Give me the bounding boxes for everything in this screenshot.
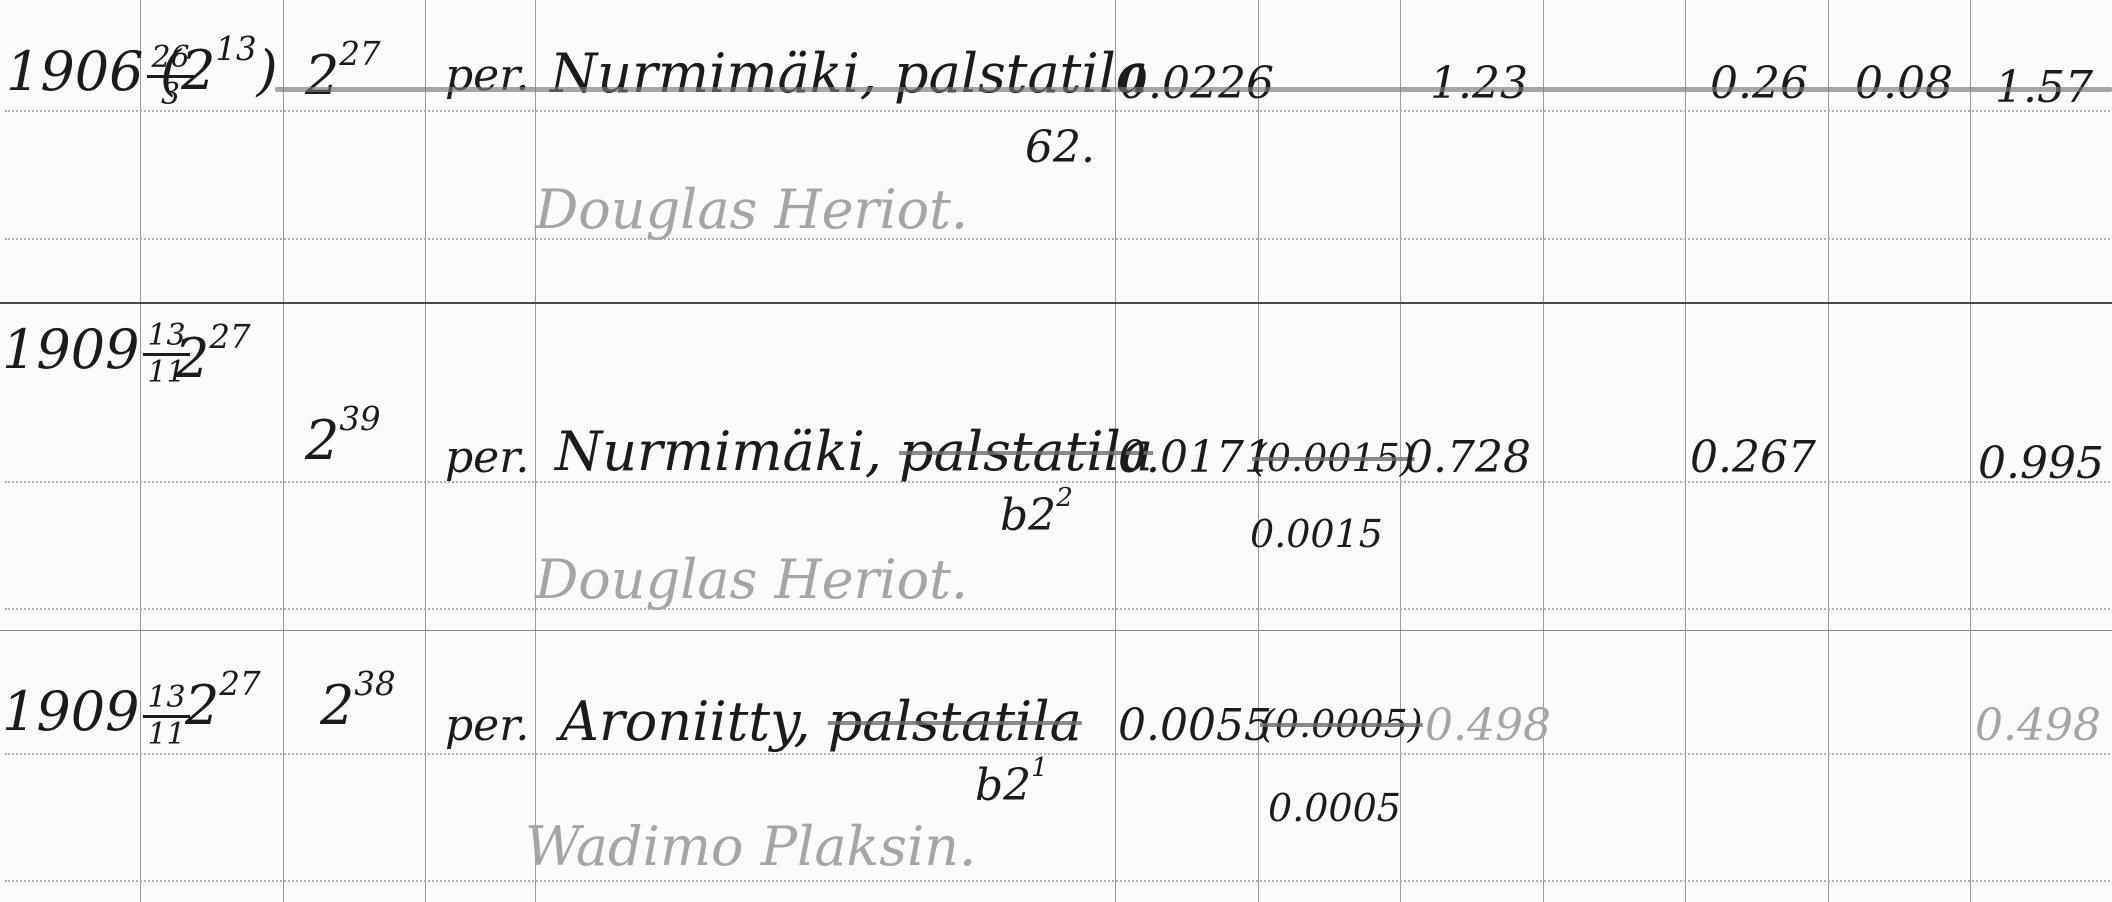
row-separator xyxy=(0,630,2112,631)
entry-col2: 227 xyxy=(185,665,261,737)
row-separator xyxy=(0,302,2112,304)
entry-value-2: 0.0015 xyxy=(1250,512,1383,556)
lot-base: b2 xyxy=(1000,490,1056,541)
entry-owner-name: Douglas Heriot. xyxy=(535,178,968,241)
col3-sup: 27 xyxy=(339,35,380,73)
entry-value-5: 0.26 xyxy=(1710,58,1808,109)
entry-value-3: 1.23 xyxy=(1430,58,1528,109)
column-rule xyxy=(1543,0,1544,902)
entry-col3: 238 xyxy=(320,665,396,737)
column-rule xyxy=(283,0,284,902)
dotted-line xyxy=(5,753,2110,755)
place-name: Aroniitty, xyxy=(560,690,828,753)
entry-value-2: 0.0005 xyxy=(1268,786,1401,830)
col2-base: (2 xyxy=(160,39,215,102)
entry-col3: 239 xyxy=(305,400,381,472)
entry-value-5: 0.267 xyxy=(1690,432,1816,483)
entry-abbrev: per. xyxy=(445,50,529,101)
place-type-struck: palstatila xyxy=(899,420,1153,483)
column-rule xyxy=(535,0,536,902)
column-rule xyxy=(425,0,426,902)
column-rule xyxy=(1828,0,1829,902)
entry-col3: 227 xyxy=(305,35,381,107)
col2-sup: 27 xyxy=(209,318,250,356)
date-month: 11 xyxy=(143,718,189,750)
entry-date: 19091311 xyxy=(2,318,190,388)
entry-value-7: 0.995 xyxy=(1978,438,2104,489)
entry-value-6: 0.08 xyxy=(1855,58,1953,109)
col3-sup: 39 xyxy=(339,400,380,438)
entry-owner-name: Douglas Heriot. xyxy=(535,548,968,611)
col2-sup: 13 xyxy=(215,30,256,68)
entry-value-1: 0.0226 xyxy=(1120,58,1274,109)
entry-owner-name: Wadimo Plaksin. xyxy=(525,815,976,878)
col2-base: 2 xyxy=(185,674,219,737)
date-year: 1906 xyxy=(6,40,143,103)
entry-date: 19091311 xyxy=(2,680,190,750)
col2-base: 2 xyxy=(175,327,209,390)
dotted-line xyxy=(5,880,2110,882)
date-year: 1909 xyxy=(2,680,139,743)
entry-value-2-struck: (0.0015) xyxy=(1252,436,1415,480)
col2-close: ) xyxy=(257,39,278,102)
dotted-line xyxy=(5,110,2110,112)
entry-value-7: 0.498 xyxy=(1975,700,2101,751)
place-name: Nurmimäki, xyxy=(555,420,899,483)
row-strikethrough xyxy=(275,87,2112,92)
entry-value-1: 0.0055 xyxy=(1118,700,1272,751)
date-year: 1909 xyxy=(2,318,139,381)
column-rule xyxy=(140,0,141,902)
col3-base: 2 xyxy=(305,44,339,107)
lot-sup: 1 xyxy=(1031,752,1048,783)
col3-sup: 38 xyxy=(354,665,395,703)
dotted-line xyxy=(5,608,2110,610)
col2-sup: 27 xyxy=(219,665,260,703)
entry-lot: 62. xyxy=(1025,122,1095,173)
entry-abbrev: per. xyxy=(445,432,529,483)
date-day: 13 xyxy=(143,683,189,718)
col3-base: 2 xyxy=(320,674,354,737)
column-rule xyxy=(1685,0,1686,902)
entry-value-3: 0.498 xyxy=(1425,700,1551,751)
entry-lot: b22 xyxy=(1000,482,1073,541)
ledger-sheet: 1906263 (213) 227 per. Nurmimäki, palsta… xyxy=(0,0,2112,902)
lot-base: b2 xyxy=(975,760,1031,811)
lot-sup: 2 xyxy=(1056,482,1073,513)
entry-place: Nurmimäki, palstatila xyxy=(550,42,1148,105)
entry-abbrev: per. xyxy=(445,700,529,751)
dotted-line xyxy=(5,238,2110,240)
entry-lot: b21 xyxy=(975,752,1048,811)
col3-base: 2 xyxy=(305,409,339,472)
entry-value-1: 0.0171 xyxy=(1118,432,1272,483)
entry-col2: (213) xyxy=(160,30,278,102)
date-fraction: 1311 xyxy=(143,683,189,750)
entry-place: Aroniitty, palstatila xyxy=(560,690,1082,753)
entry-place: Nurmimäki, palstatila xyxy=(555,420,1153,483)
entry-value-2-struck: (0.0005) xyxy=(1260,702,1423,746)
column-rule xyxy=(1970,0,1971,902)
entry-col2: 227 xyxy=(175,318,251,390)
place-type-struck: palstatila xyxy=(828,690,1082,753)
entry-value-3: 0.728 xyxy=(1405,432,1531,483)
